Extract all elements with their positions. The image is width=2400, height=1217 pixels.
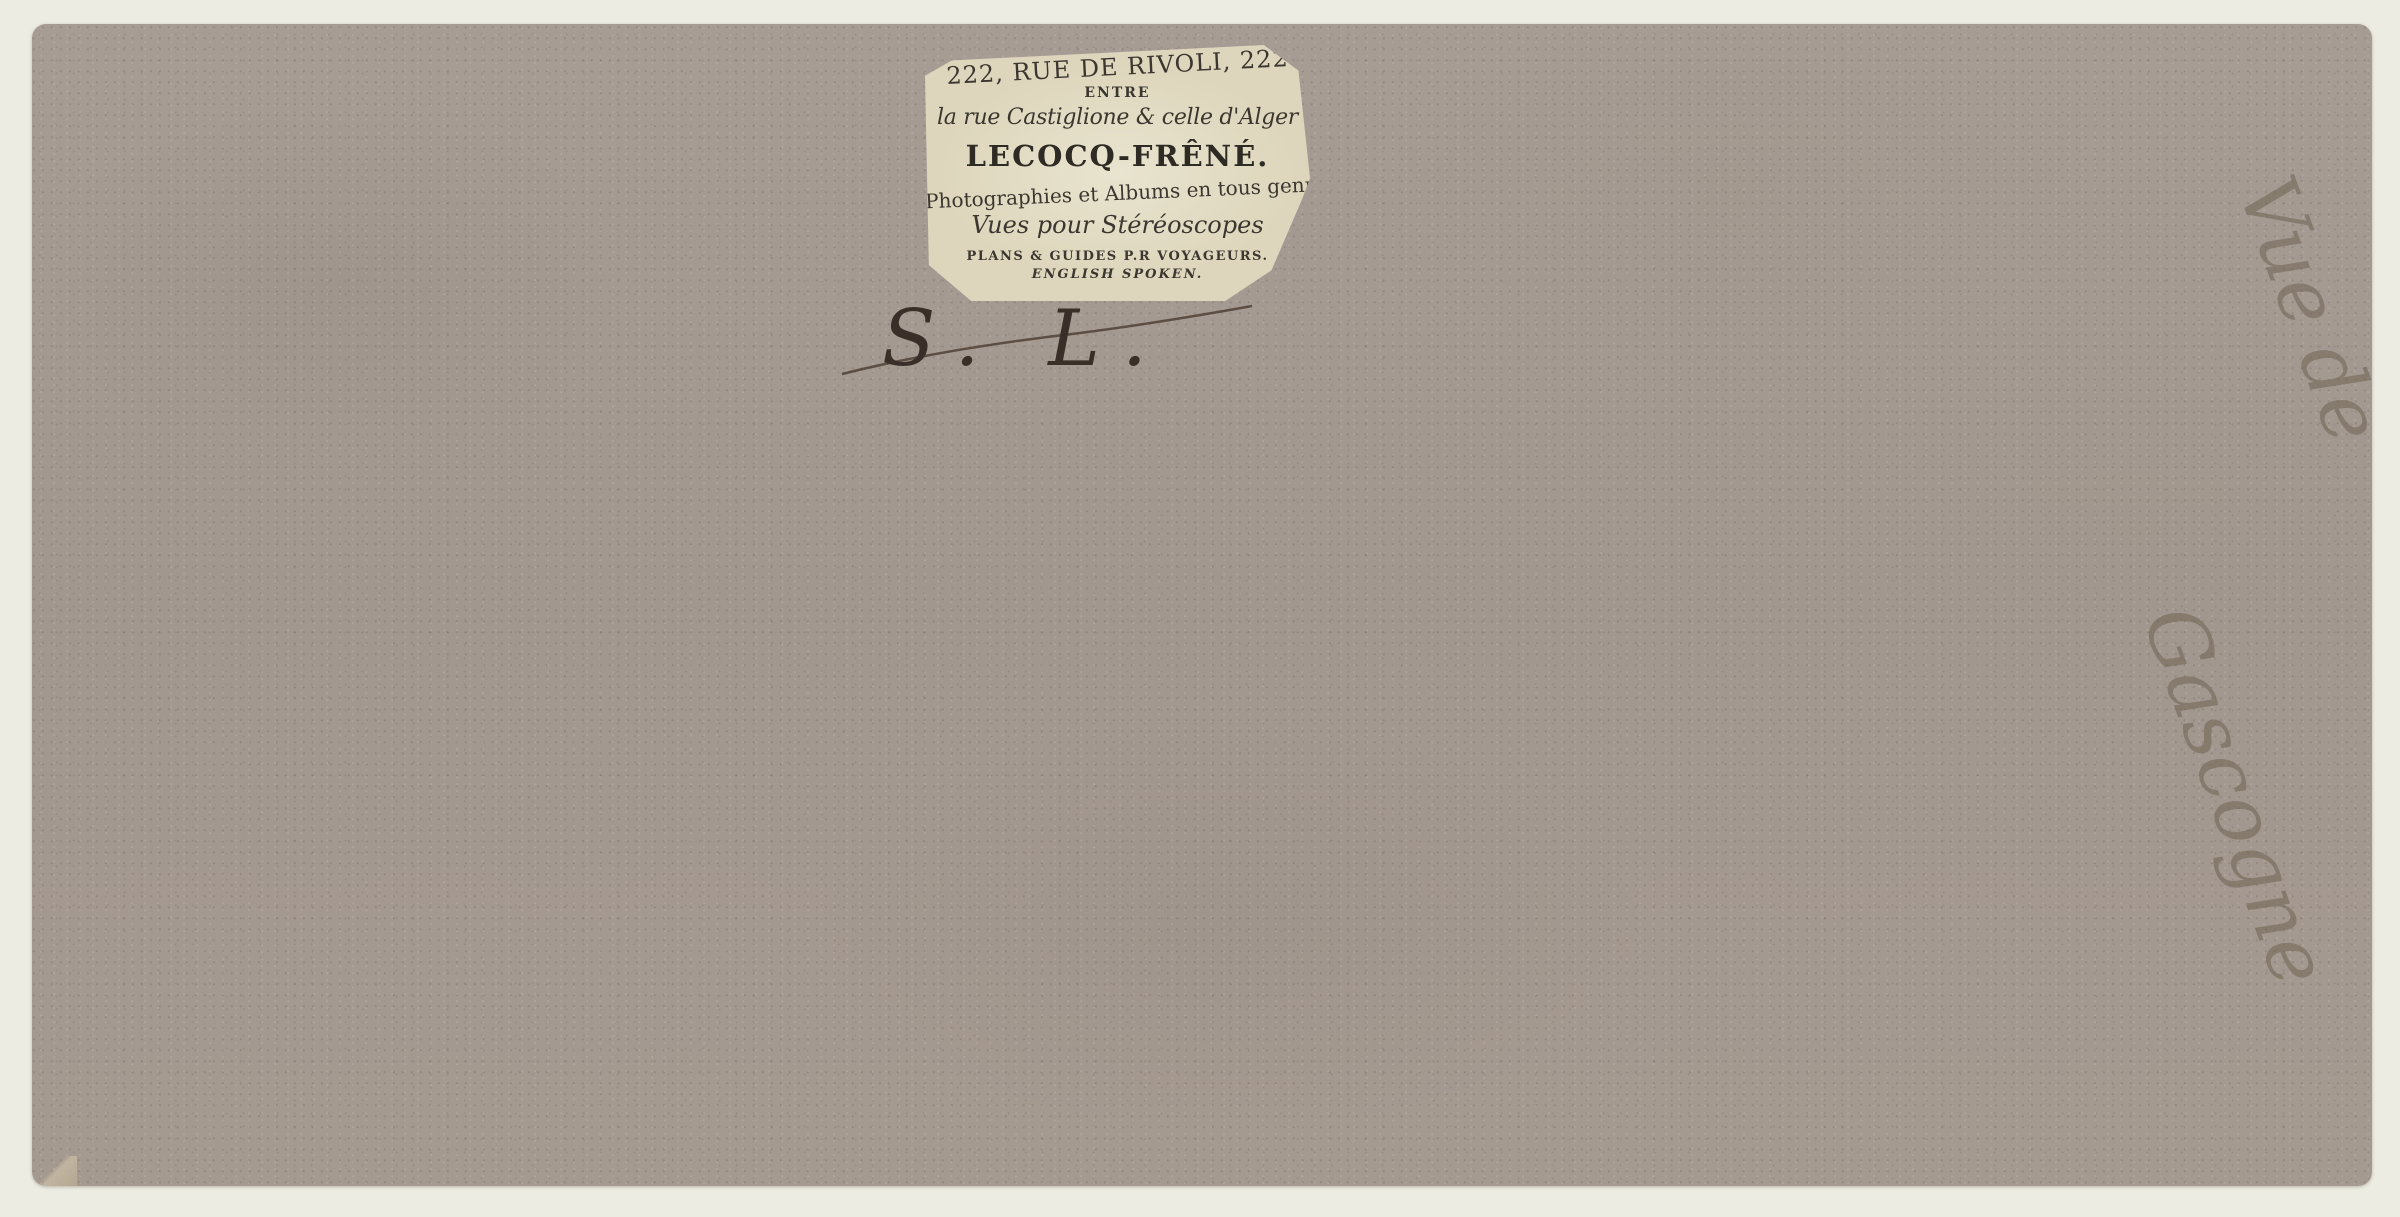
label-streets: la rue Castiglione & celle d'Alger: [925, 105, 1310, 130]
inscription-line-2: Gascogne: [2125, 594, 2348, 998]
label-studio-name: LECOCQ-FRÊNÉ.: [925, 139, 1310, 173]
label-stereoscopes: Vues pour Stéréoscopes: [925, 211, 1310, 239]
label-services: Photographies et Albums en tous genres: [925, 173, 1311, 214]
label-english-spoken: ENGLISH SPOKEN.: [925, 267, 1310, 282]
handwritten-initials: S. L.: [822, 294, 1282, 424]
inscription-line-1: Vue de: [2220, 164, 2372, 455]
label-address: 222, RUE DE RIVOLI, 222: [925, 43, 1311, 91]
photographer-label: 222, RUE DE RIVOLI, 222 ENTRE la rue Cas…: [925, 45, 1310, 301]
corner-wear: [32, 1156, 77, 1186]
pencil-inscription: Vue de Gascogne: [2062, 154, 2372, 1054]
label-plans-guides: PLANS & GUIDES P.R VOYAGEURS.: [925, 249, 1310, 264]
label-entre: ENTRE: [925, 85, 1310, 101]
stereocard-back: 222, RUE DE RIVOLI, 222 ENTRE la rue Cas…: [32, 24, 2372, 1186]
